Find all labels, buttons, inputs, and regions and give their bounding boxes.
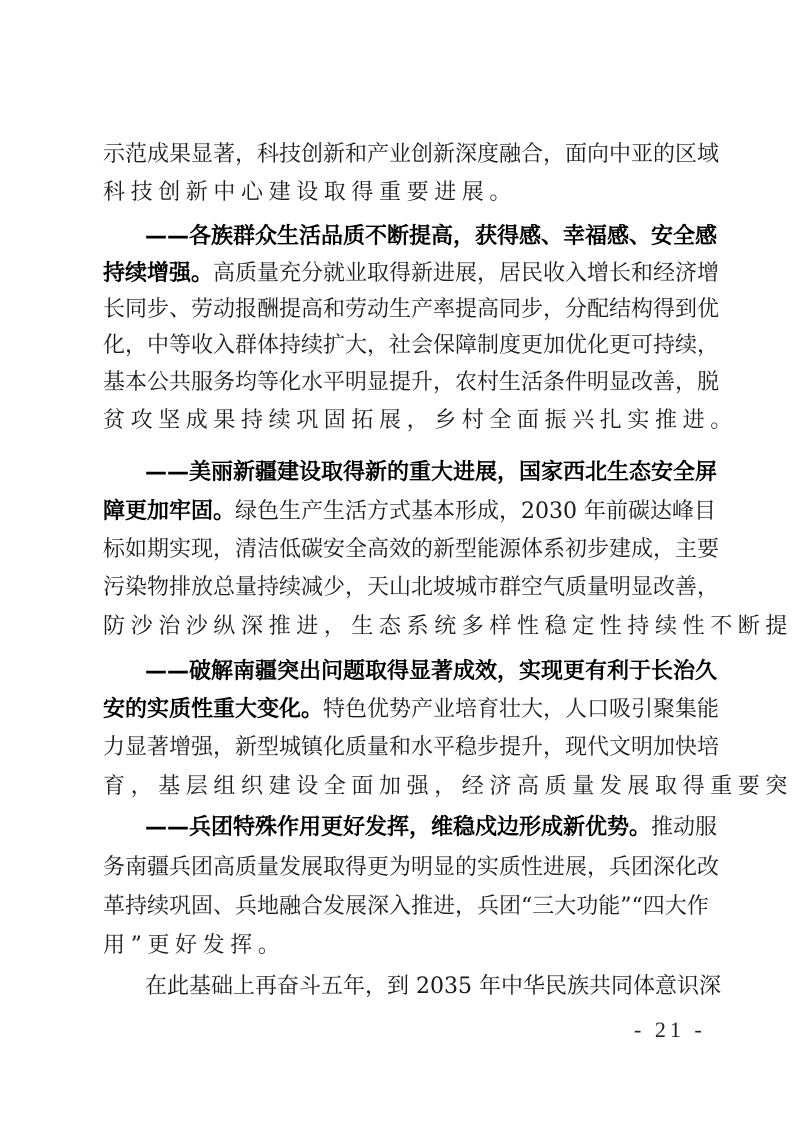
text-line: 力显著增强，新型城镇化质量和水平稳步提升，现代文明加快培 <box>103 733 689 763</box>
text-line: 障更加牢固。绿色生产生活方式基本形成，2030 年前碳达峰目 <box>103 497 689 527</box>
bold-heading: 障更加牢固。 <box>103 499 235 524</box>
body-text: 特色优势产业培育壮大，人口吸引聚集能 <box>323 697 719 722</box>
text-line: 防沙治沙纵深推进，生态系统多样性稳定性持续性不断提升。 <box>103 612 793 642</box>
body-text: 示范成果显著，科技创新和产业创新深度融合，面向中亚的区域 <box>103 142 719 167</box>
body-text: 科技创新中心建设取得重要进展。 <box>103 180 517 205</box>
body-text: 防沙治沙纵深推进，生态系统多样性稳定性持续性不断提升。 <box>103 614 793 639</box>
body-text: 在此基础上再奋斗五年，到 2035 年中华民族共同体意识深 <box>145 974 721 999</box>
body-text: 务南疆兵团高质量发展取得更为明显的实质性进展，兵团深化改 <box>103 855 719 880</box>
text-line: 育，基层组织建设全面加强，经济高质量发展取得重要突破。 <box>103 772 793 802</box>
heading-line: ——兵团特殊作用更好发挥，维稳戍边形成新优势。推动服 <box>145 813 689 843</box>
bold-heading: ——破解南疆突出问题取得显著成效，实现更有利于长治久 <box>145 659 717 684</box>
text-line: 贫攻坚成果持续巩固拓展，乡村全面振兴扎实推进。 <box>103 406 738 436</box>
heading-line: ——美丽新疆建设取得新的重大进展，国家西北生态安全屏 <box>145 458 689 488</box>
bold-heading: 安的实质性重大变化。 <box>103 697 323 722</box>
body-text: 力显著增强，新型城镇化质量和水平稳步提升，现代文明加快培 <box>103 735 719 760</box>
text-line: 科技创新中心建设取得重要进展。 <box>103 178 517 208</box>
text-line: 示范成果显著，科技创新和产业创新深度融合，面向中亚的区域 <box>103 140 689 170</box>
body-text: 革持续巩固、兵地融合发展深入推进，兵团“三大功能”“四大作 <box>103 894 709 919</box>
body-text: 育，基层组织建设全面加强，经济高质量发展取得重要突破。 <box>103 774 793 799</box>
body-text: 污染物排放总量持续减少，天山北坡城市群空气质量明显改善， <box>103 575 719 600</box>
text-line: 革持续巩固、兵地融合发展深入推进，兵团“三大功能”“四大作 <box>103 892 689 922</box>
body-text: 基本公共服务均等化水平明显提升，农村生活条件明显改善，脱 <box>103 370 719 395</box>
body-text: 推动服 <box>651 815 717 840</box>
body-text: 高质量充分就业取得新进展，居民收入增长和经济增 <box>213 261 719 286</box>
body-text: 标如期实现，清洁低碳安全高效的新型能源体系初步建成，主要 <box>103 537 719 562</box>
body-text: 贫攻坚成果持续巩固拓展，乡村全面振兴扎实推进。 <box>103 408 738 433</box>
document-page: 示范成果显著，科技创新和产业创新深度融合，面向中亚的区域 科技创新中心建设取得重… <box>0 0 793 1122</box>
bold-heading: ——美丽新疆建设取得新的重大进展，国家西北生态安全屏 <box>145 460 717 485</box>
text-line: 标如期实现，清洁低碳安全高效的新型能源体系初步建成，主要 <box>103 535 689 565</box>
bold-heading: ——兵团特殊作用更好发挥，维稳戍边形成新优势。 <box>145 815 651 840</box>
body-text: 长同步、劳动报酬提高和劳动生产率提高同步，分配结构得到优 <box>103 297 719 322</box>
body-text: 绿色生产生活方式基本形成，2030 年前碳达峰目 <box>235 499 716 524</box>
bold-heading: ——各族群众生活品质不断提高，获得感、幸福感、安全感 <box>145 224 717 249</box>
body-text: 化，中等收入群体持续扩大，社会保障制度更加优化更可持续， <box>103 333 719 358</box>
heading-line: ——各族群众生活品质不断提高，获得感、幸福感、安全感 <box>145 222 689 252</box>
text-line: 在此基础上再奋斗五年，到 2035 年中华民族共同体意识深 <box>145 972 689 1002</box>
text-line: 用”更好发挥。 <box>103 931 285 961</box>
text-line: 基本公共服务均等化水平明显提升，农村生活条件明显改善，脱 <box>103 368 689 398</box>
text-line: 污染物排放总量持续减少，天山北坡城市群空气质量明显改善， <box>103 573 689 603</box>
body-text: 用”更好发挥。 <box>103 933 285 958</box>
text-line: 务南疆兵团高质量发展取得更为明显的实质性进展，兵团深化改 <box>103 853 689 883</box>
text-line: 持续增强。高质量充分就业取得新进展，居民收入增长和经济增 <box>103 259 689 289</box>
text-line: 化，中等收入群体持续扩大，社会保障制度更加优化更可持续， <box>103 331 689 361</box>
bold-heading: 持续增强。 <box>103 261 213 286</box>
page-number: - 21 - <box>634 1016 706 1044</box>
heading-line: ——破解南疆突出问题取得显著成效，实现更有利于长治久 <box>145 657 689 687</box>
text-line: 长同步、劳动报酬提高和劳动生产率提高同步，分配结构得到优 <box>103 295 689 325</box>
text-line: 安的实质性重大变化。特色优势产业培育壮大，人口吸引聚集能 <box>103 695 689 725</box>
